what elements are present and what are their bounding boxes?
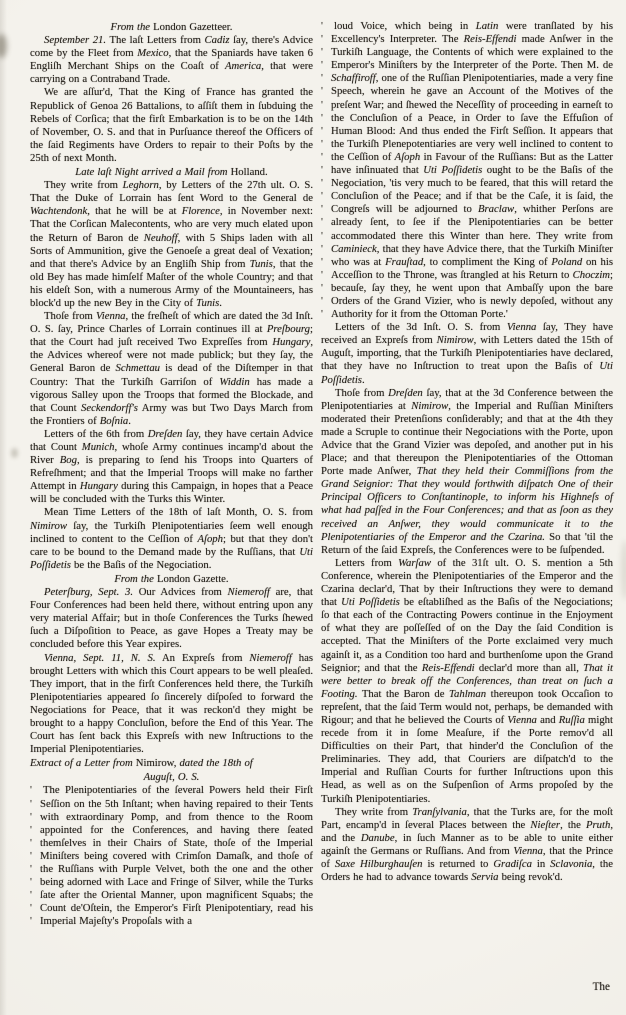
text-run: Schaffiroff: [331, 72, 376, 84]
paragraph: Mean Time Letters of the 18th of laſt Mo…: [30, 506, 313, 571]
text-run: Preſbourg: [267, 323, 310, 335]
text-run: Nimirow,: [136, 757, 177, 769]
text-run: Danube: [361, 832, 395, 844]
text-run: Braclaw: [478, 203, 514, 215]
paragraph: Thoſe from Vienna, the freſheſt of which…: [30, 310, 313, 428]
text-run: Vienna: [513, 845, 542, 857]
paragraph: Letters from Warſaw of the 31ſt ult. O. …: [321, 557, 613, 806]
text-run: Seckendorff's: [81, 402, 138, 414]
text-run: , that he will be at: [87, 205, 182, 217]
text-run: Wachtendonk: [30, 205, 87, 217]
text-run: They write from: [335, 806, 412, 818]
text-run: Letters from: [335, 557, 398, 569]
text-run: loud Voice, which being in: [334, 20, 476, 32]
text-run: Dreſden: [148, 428, 183, 440]
text-run: Aſoph: [197, 533, 223, 545]
text-run: Letters of the 3d Inſt. O. S. from: [335, 321, 507, 333]
quote-marks-gutter: ' ' ' ' ' ' ' ' ' ' ' ' ' ' ' ' ' ' ' ' …: [321, 20, 330, 321]
text-run: They write from: [44, 179, 123, 191]
text-run: Latin: [476, 20, 499, 32]
text-run: Thoſe from: [44, 310, 96, 322]
text-run: Leghorn: [123, 179, 159, 191]
text-run: We are aſſur'd, That the King of France …: [30, 86, 313, 163]
text-run: Caminieck: [331, 243, 377, 255]
text-run: Tranſylvania: [412, 806, 467, 818]
paragraph: Peterſburg, Sept. 3. Our Advices from Ni…: [30, 586, 313, 651]
paragraph: We are aſſur'd, That the King of France …: [30, 86, 313, 165]
column-right: ' ' ' ' ' ' ' ' ' ' ' ' ' ' ' ' ' ' ' ' …: [321, 20, 613, 884]
text-run: Vienna: [96, 310, 125, 322]
text-run: From the: [111, 21, 154, 33]
text-run: Tunis: [196, 297, 219, 309]
quoted-paragraph: ' ' ' ' ' ' ' ' ' ' ' ' ' ' ' ' ' ' ' ' …: [30, 784, 313, 928]
paragraph: They write from Tranſylvania, that the T…: [321, 806, 613, 885]
text-run: Vienna: [507, 714, 536, 726]
text-run: Gradiſca: [493, 858, 532, 870]
text-run: Widdin: [219, 376, 249, 388]
text-run: Late laſt Night arrived a Mail from: [75, 166, 230, 178]
text-run: Florence: [182, 205, 220, 217]
text-run: Our Advices from: [133, 586, 228, 598]
section-heading: Extract of a Letter from Nimirow, dated …: [30, 757, 313, 770]
section-heading: Auguſt, O. S.: [30, 771, 313, 784]
text-run: dated the 18th of: [176, 757, 252, 769]
newspaper-page: From the London Gazetteer.September 21. …: [0, 0, 626, 1015]
text-run: September 21.: [44, 34, 106, 46]
text-run: That the Baron de: [358, 688, 450, 700]
text-run: has brought Letters with which this Cour…: [30, 652, 313, 756]
text-run: Nimirow: [411, 400, 448, 412]
text-run: in: [532, 858, 550, 870]
catchword: The: [593, 981, 610, 993]
text-run: Vienna, Sept. 11, N. S.: [44, 652, 156, 664]
text-run: , the: [560, 819, 586, 831]
text-run: Munich: [82, 441, 115, 453]
text-run: The Plenipotentiaries of the ſeveral Pow…: [40, 784, 313, 927]
text-run: Neuhoff: [144, 232, 178, 244]
text-run: Hungary: [80, 480, 118, 492]
text-run: Nieſter: [530, 819, 560, 831]
text-run: Niemeroff: [228, 586, 270, 598]
text-run: Niemeroff: [249, 652, 291, 664]
text-run: From the: [114, 573, 157, 585]
text-run: is returned to: [423, 858, 494, 870]
text-run: Tahlman: [449, 688, 486, 700]
text-run: Reis-Effendi: [464, 33, 517, 45]
text-run: .: [128, 415, 131, 427]
text-run: Aſoph: [395, 151, 421, 163]
text-run: and: [537, 714, 559, 726]
quote-marks-gutter: ' ' ' ' ' ' ' ' ' ' ' ' ' ' ' ' ' ' ' ' …: [30, 784, 39, 928]
paragraph: They write from Leghorn, by Letters of t…: [30, 179, 313, 310]
text-run: Choczim: [573, 269, 610, 281]
text-run: The laſt Letters from: [106, 34, 204, 46]
text-run: , one of the Ruſſian Plenipotentiaries, …: [331, 72, 613, 163]
text-run: London Gazette.: [157, 573, 229, 585]
text-run: Cadiz: [205, 34, 230, 46]
text-run: Warſaw: [398, 557, 431, 569]
text-run: Pruth: [586, 819, 610, 831]
section-heading: Late laſt Night arrived a Mail from Holl…: [30, 166, 313, 179]
text-run: Peterſburg, Sept. 3.: [44, 586, 133, 598]
text-run: Uti Poſſidetis: [423, 164, 482, 176]
text-run: Poland: [551, 256, 582, 268]
text-run: Letters of the 6th from: [44, 428, 148, 440]
paragraph: Vienna, Sept. 11, N. S. An Expreſs from …: [30, 652, 313, 757]
text-run: Saxe Hilburghauſen: [335, 858, 423, 870]
text-run: Dreſden: [388, 387, 423, 399]
text-run: , to compliment the King of: [423, 256, 551, 268]
text-run: Auguſt, O. S.: [144, 771, 200, 783]
paragraph: Letters of the 3d Inſt. O. S. from Vienn…: [321, 321, 613, 386]
scan-blemish: [621, 540, 626, 600]
text-run: Tunis: [250, 258, 273, 270]
text-run: Thoſe from: [335, 387, 388, 399]
text-run: might recede from it in ſome Meaſure, if…: [321, 714, 613, 805]
text-run: Sclavonia: [550, 858, 592, 870]
text-run: Reis-Effendi: [422, 662, 475, 674]
text-run: Servia: [471, 871, 498, 883]
scan-blemish: [11, 448, 18, 458]
section-heading: From the London Gazette.: [30, 573, 313, 586]
text-run: Boſnia: [100, 415, 129, 427]
text-run: declar'd more than all,: [475, 662, 584, 674]
text-run: Mexico: [137, 47, 168, 59]
quoted-paragraph: ' ' ' ' ' ' ' ' ' ' ' ' ' ' ' ' ' ' ' ' …: [321, 20, 613, 321]
section-heading: From the London Gazetteer.: [30, 21, 313, 34]
text-run: be the Baſis of the Negociation.: [71, 559, 211, 571]
text-run: Hungary: [272, 336, 310, 348]
text-run: Ruſſia: [559, 714, 585, 726]
column-left: From the London Gazetteer.September 21. …: [30, 20, 313, 928]
text-run: Uti Poſſidetis: [341, 596, 400, 608]
text-run: Holland.: [231, 166, 268, 178]
text-run: Mean Time Letters of the 18th of laſt Mo…: [44, 506, 313, 518]
text-run: .: [219, 297, 222, 309]
text-run: Nimirow: [437, 334, 474, 346]
text-run: .: [362, 374, 365, 386]
text-run: Nimirow: [30, 520, 67, 532]
text-run: America: [225, 60, 261, 72]
paragraph: Thoſe from Dreſden ſay, that at the 3d C…: [321, 387, 613, 557]
text-run: being revok'd.: [499, 871, 563, 883]
text-run: Vienna: [507, 321, 536, 333]
scan-edge-shading: [0, 0, 7, 1015]
paragraph: September 21. The laſt Letters from Cadi…: [30, 34, 313, 86]
text-run: Bog: [60, 454, 77, 466]
text-run: Schmettau: [115, 362, 160, 374]
text-run: London Gazetteer.: [153, 21, 232, 33]
text-run: Extract of a Letter from: [30, 757, 136, 769]
paragraph: Letters of the 6th from Dreſden ſay, the…: [30, 428, 313, 507]
text-run: Frauſtad: [385, 256, 423, 268]
text-run: An Expreſs from: [156, 652, 250, 664]
